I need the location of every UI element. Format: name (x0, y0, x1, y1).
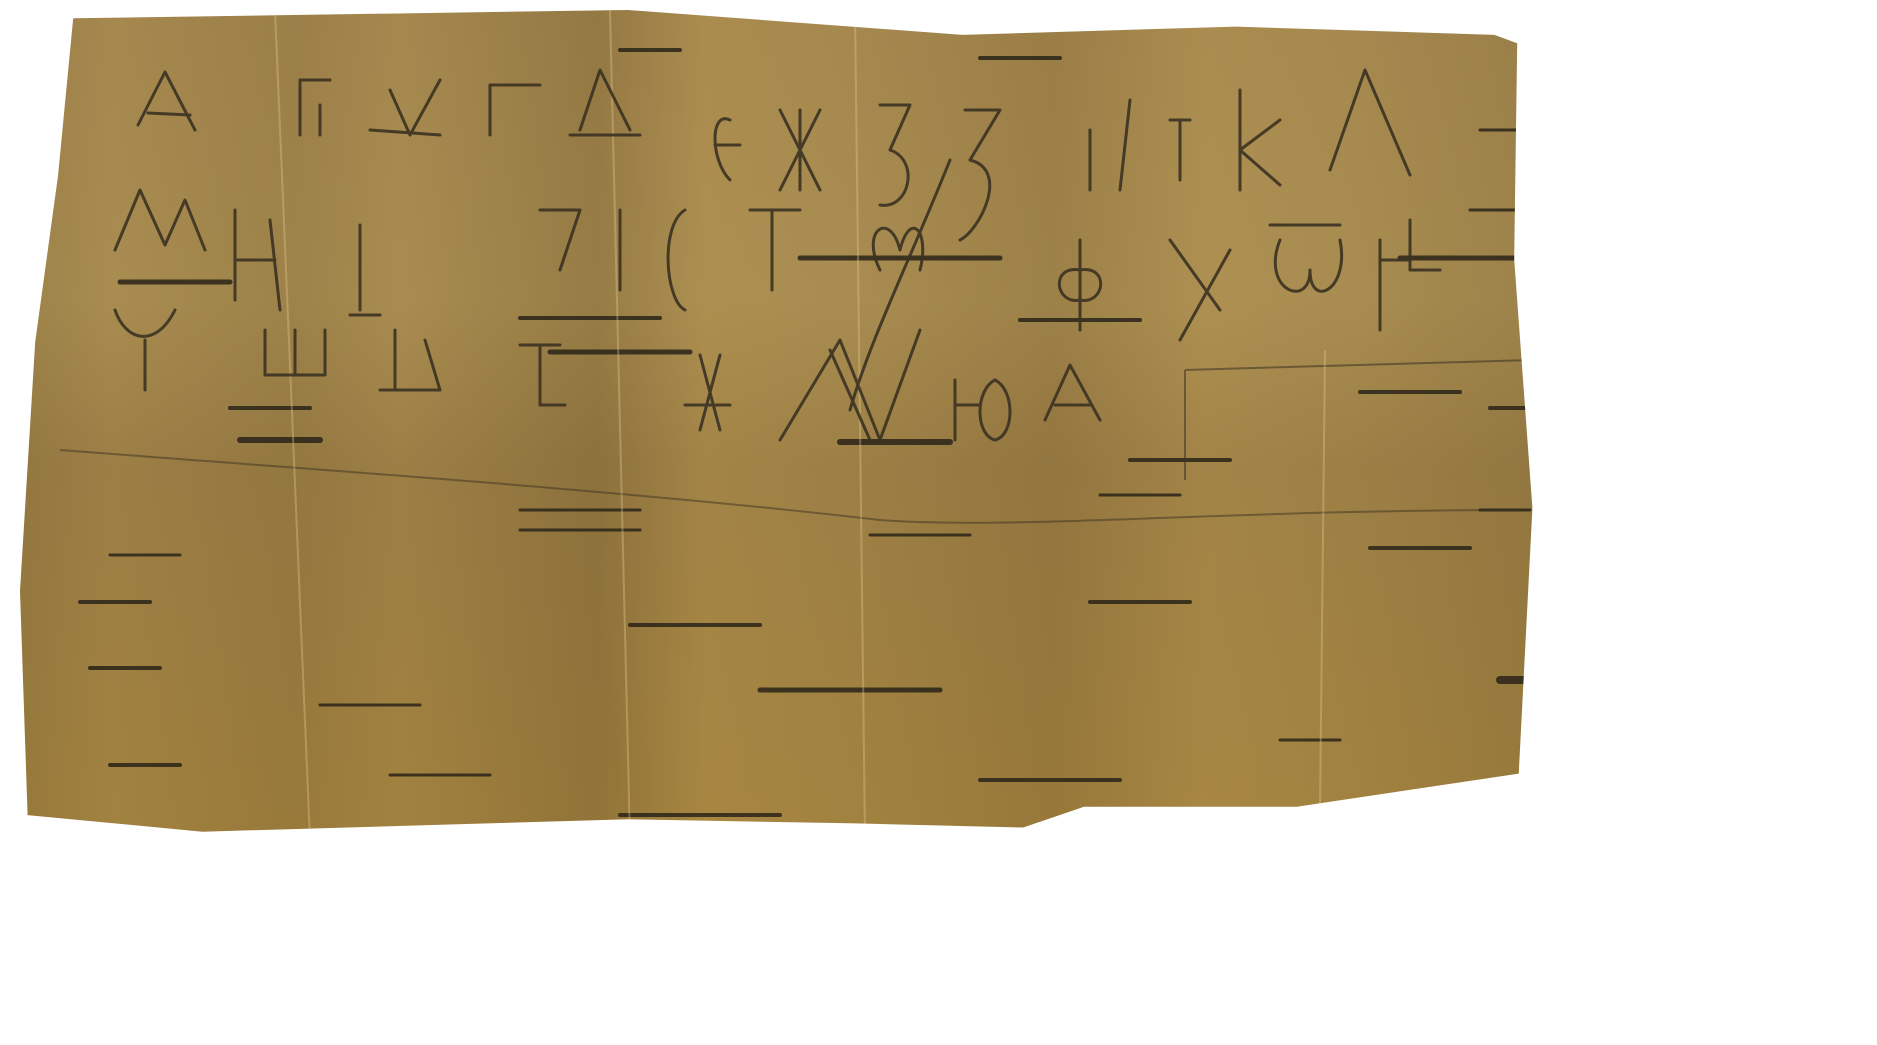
bark-lenticels (20, 10, 1540, 840)
photo-stage: А Б В Г Д Е Ж Ѕ З И І К Л М Н О П Р С Т … (0, 0, 1877, 1045)
birch-bark-sheet (20, 10, 1540, 840)
